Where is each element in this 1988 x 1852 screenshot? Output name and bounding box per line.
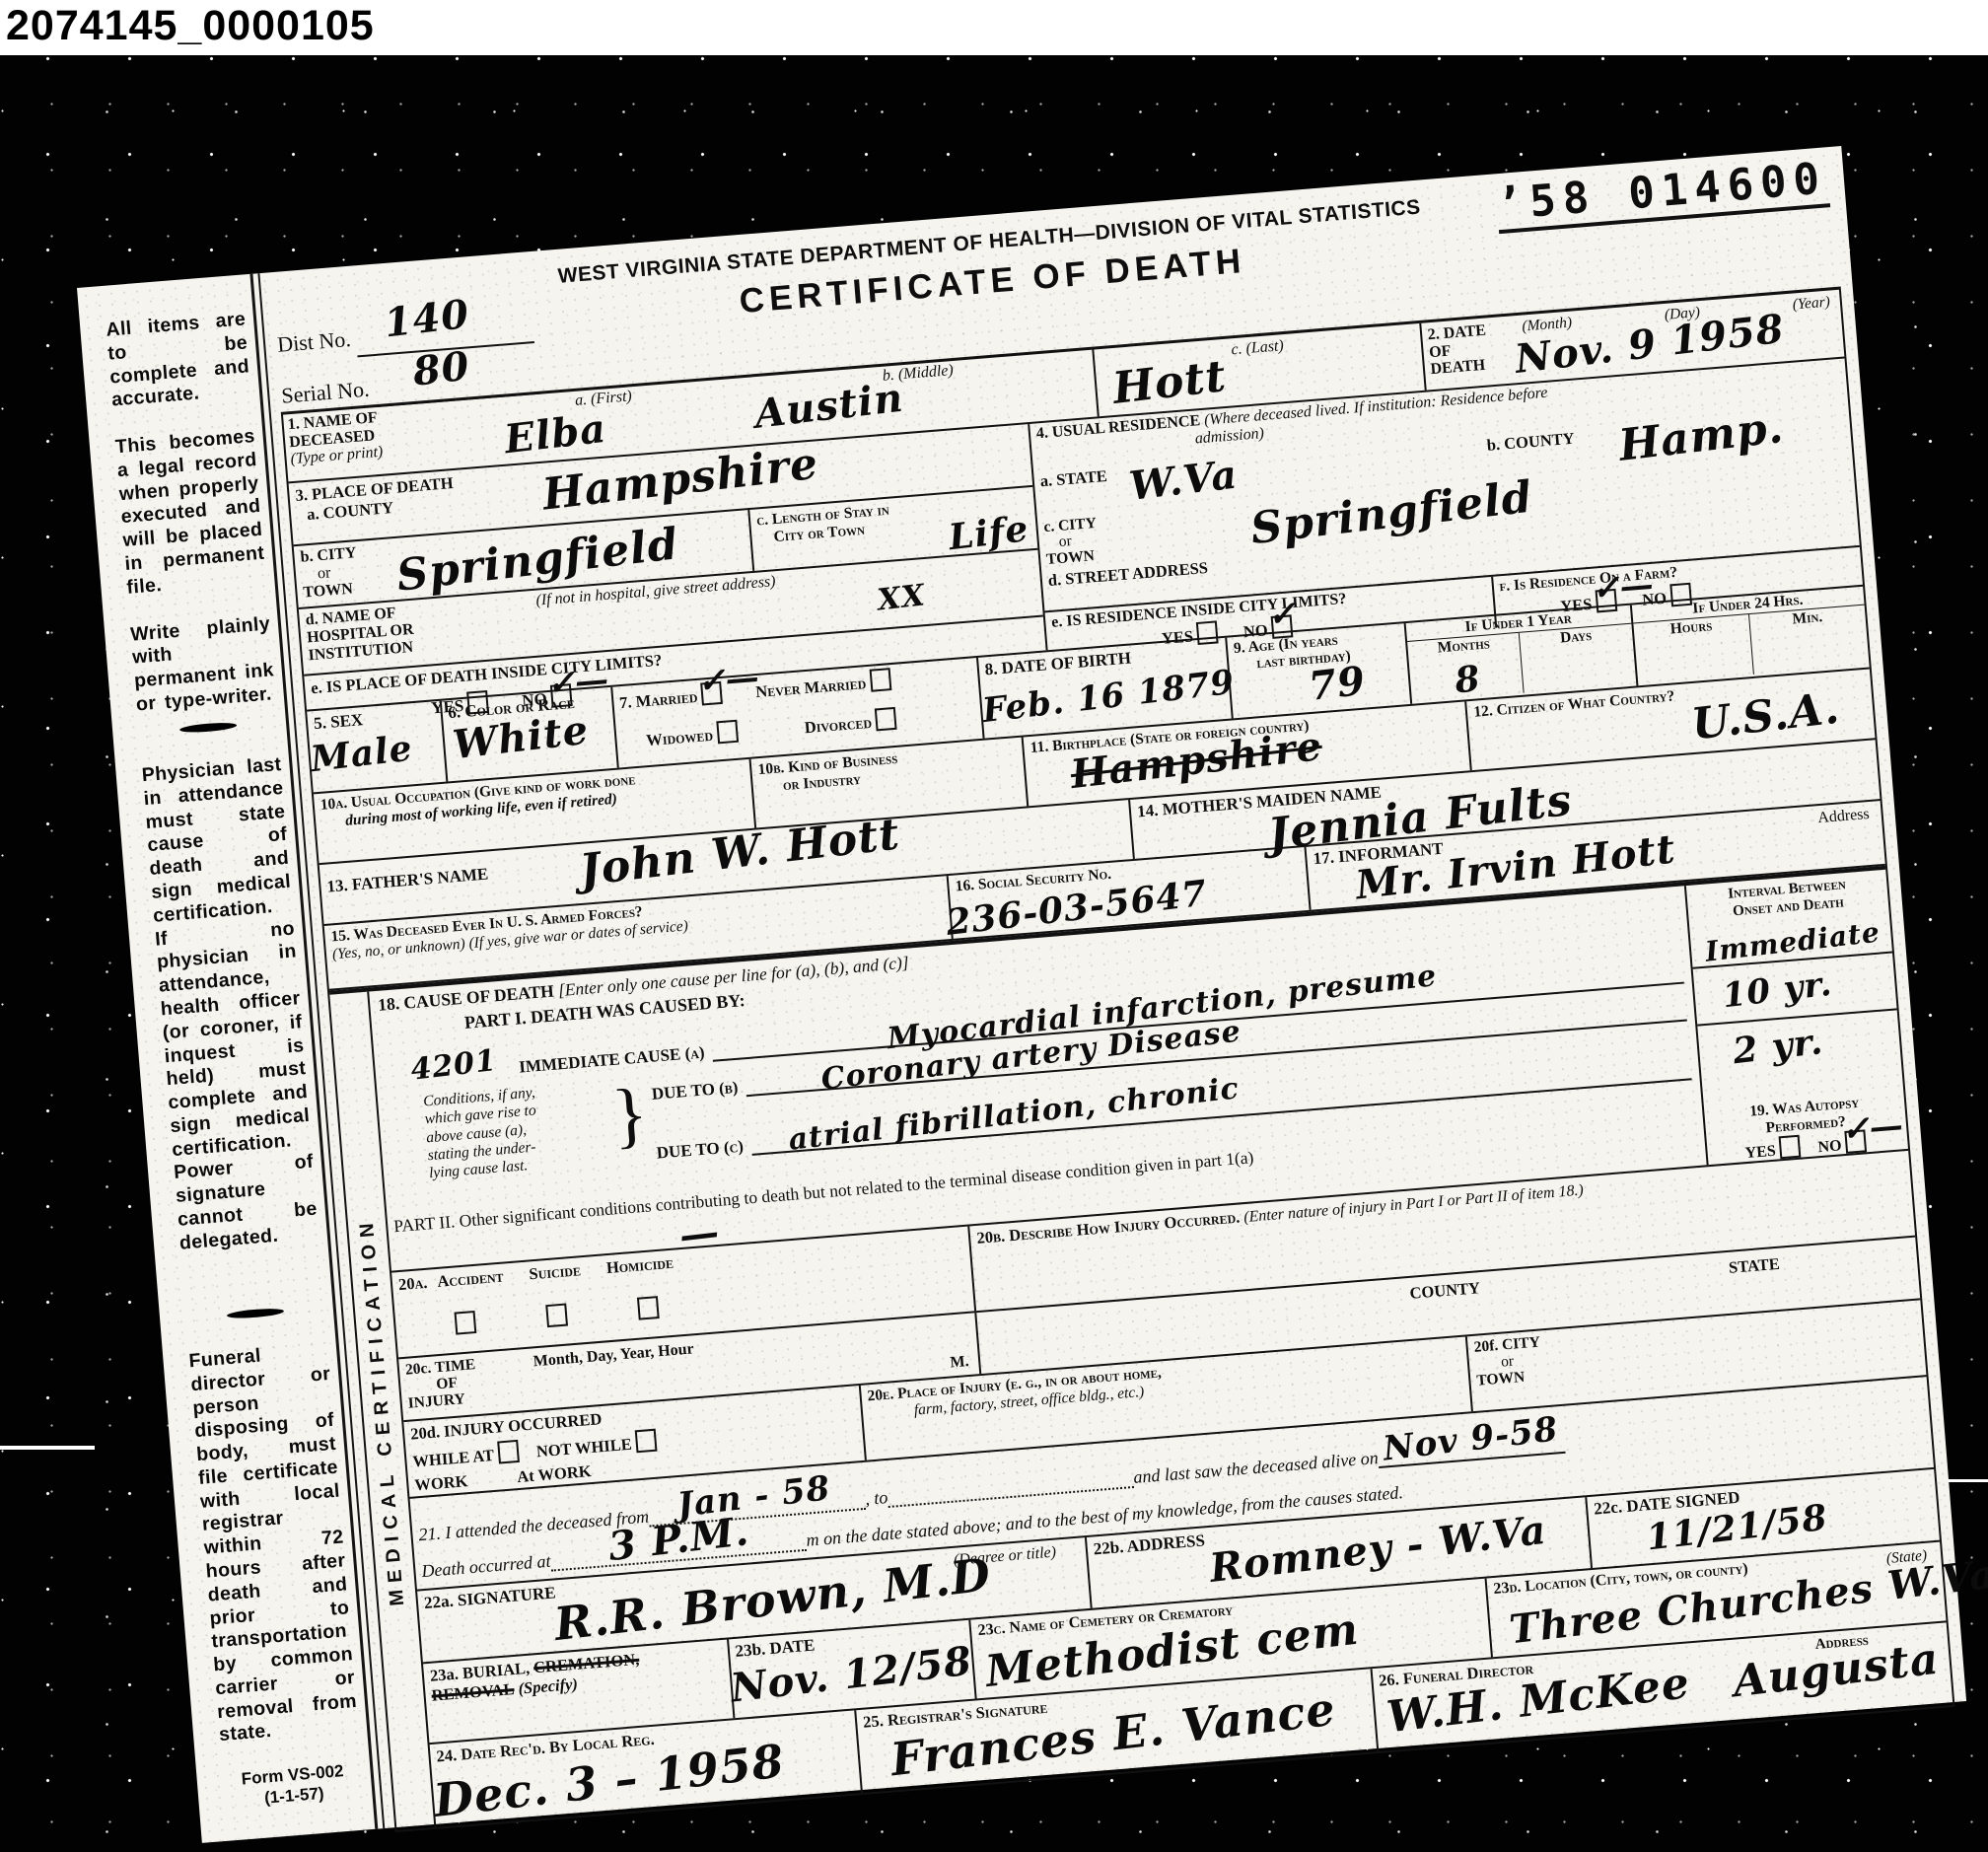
year-sublabel: (Year) [1792,293,1831,314]
form-number: Form VS-002 (1-1-57) [222,1760,366,1831]
state-header: STATE [1728,1254,1780,1278]
punch-hole [227,1307,284,1319]
scan-artifact-line-left [0,1446,95,1450]
field-sex: 5. SEX Male [307,701,446,793]
residence-state-label: a. STATE [1039,466,1107,490]
residence-state-value: W.Va [1127,451,1241,509]
checkbox-autopsy-no: ✓— [1844,1129,1867,1154]
sidebar-note: Funeral director or person disposing of … [188,1339,360,1747]
last-saw-alive-value: Nov 9-58 [1382,1409,1561,1468]
serial-number-value: 80 [410,342,472,394]
months-value: 8 [1453,658,1483,702]
conditions-brace: } [609,1071,652,1168]
sidebar-note: This becomes a legal record when properl… [114,425,267,600]
checkbox-accident [455,1311,477,1335]
meridiem-label: M. [950,1353,969,1372]
district-number-value: 140 [382,291,471,347]
interval-c-value: 2 yr. [1731,1021,1825,1072]
residence-county-label: b. COUNTY [1486,429,1575,455]
checkbox-widowed [716,720,739,745]
checkbox-suicide [545,1304,568,1328]
checkbox-divorced [875,707,897,732]
medical-rows: 18. CAUSE OF DEATH [Enter only one cause… [369,870,1952,1827]
county-header: COUNTY [1409,1278,1481,1304]
sidebar-note: All items are to be complete and accurat… [106,308,252,412]
check-mark: ✓ [1266,597,1297,632]
funeral-director-address-value: Augusta [1731,1634,1942,1708]
checkbox-autopsy-yes [1779,1134,1802,1159]
check-mark: ✓— [1840,1108,1904,1147]
checkbox-while-at-work [497,1440,520,1464]
form-grid: 1. NAME OF DECEASED (Type or print) a. (… [281,287,1955,1833]
field-color-race: 6. Color or Race White [439,687,616,782]
age-value: 79 [1307,658,1369,710]
interval-column: Interval Between Onset and Death Immedia… [1684,870,1903,1104]
checkbox-not-while-at-work [635,1429,658,1454]
checkbox-homicide [637,1296,660,1320]
first-name-value: Elba [502,405,608,463]
check-mark: ✓— [1591,568,1655,606]
checkbox-never-married [869,668,891,692]
field-age: 9. Age (In years last birthday) 79 [1225,623,1410,718]
due-to-b-label: DUE TO (b) [651,1078,739,1104]
check-mark: ✓— [696,661,760,699]
form-main: Dist No. 140 Serial No. 80 WEST VIRGINIA… [259,146,1966,1828]
death-certificate-sheet: All items are to be complete and accurat… [77,146,1966,1843]
medical-certification-section: MEDICAL CERTIFICATION 18. CAUSE OF DEATH… [329,866,1952,1830]
punch-hole [179,721,237,734]
field-under-1-year: If Under 1 Year Months 8 Days [1404,605,1636,704]
hospital-value: XX [877,578,928,617]
sidebar-note: Physician last in attendance must state … [141,753,320,1255]
middle-name-value: Austin [752,375,906,438]
cause-code: 4201 [409,1043,499,1088]
due-to-c-label: DUE TO (c) [656,1137,745,1164]
sex-value: Male [309,728,415,781]
checkbox-married: ✓— [700,681,723,706]
sidebar-note: Write plainly with permanent ink or type… [129,612,276,717]
interval-b-value: 10 yr. [1721,964,1834,1017]
scan-id-label: 2074145_0000105 [0,0,1988,55]
